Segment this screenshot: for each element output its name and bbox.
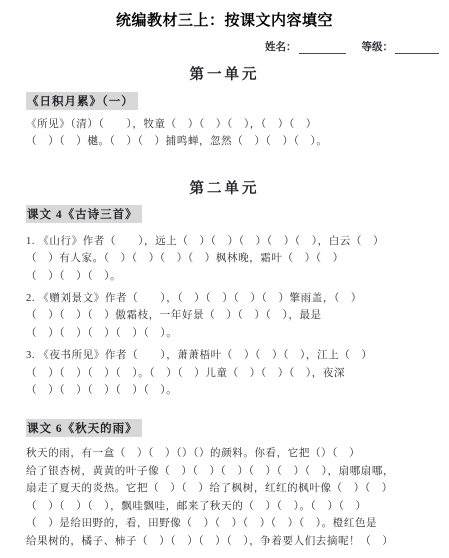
text-line: （ ）（ ）（ ）（ ）（ ）。 [26,382,437,399]
poem-item-yeshusuojian: 3. 《夜书所见》作者（ ），萧萧梧叶（ ）（ ）（ ），江上（ ） （ ）（ … [26,347,437,399]
name-label: 姓名： [265,39,297,54]
text-line: 给果树的，橘子、柿子（ ）（ ）（ ）（ ），争着要人们去摘呢！（ ） [26,533,437,550]
worksheet-page: 统编教材三上：按课文内容填空 姓名： 等级： 第一单元 《日积月累》（一） 《所… [0,0,449,558]
page-title: 统编教材三上：按课文内容填空 [0,0,449,30]
unit2-heading: 第二单元 [0,177,449,198]
name-blank-line [299,43,346,54]
text-line: 秋天的雨，有一盒（ ）（ ）（）（）的颜料。你看，它把（）（ ） [26,445,437,462]
unit1-heading: 第一单元 [0,63,449,84]
text-line: （ ）（ ）（ ）（ ）。（ ）（ ）儿童（ ）（ ）（ ），夜深 [26,365,437,382]
text-line: （ ）有人家。（ ）（ ）（ ）（ ）枫林晚，霜叶（ ）（ ） [26,250,437,267]
grade-label: 等级： [362,39,394,54]
text-line: 扇走了夏天的炎热。它把（ ）（ ）给了枫树，红红的枫叶像（ ）（ ） [26,480,437,497]
lesson6-paragraph: 秋天的雨，有一盒（ ）（ ）（）（）的颜料。你看，它把（）（ ） 给了银杏树，黄… [26,445,437,549]
text-line: （ ）（ ）樾。（ ）（ ）捕鸣蝉，忽然（ ）（ ）（ ）。 [26,133,437,150]
text-line: 3. 《夜书所见》作者（ ），萧萧梧叶（ ）（ ）（ ），江上（ ） [26,347,437,364]
text-line: 1. 《山行》作者（ ），远上（ ）（ ）（ ）（ ）（ ），白云（ ） [26,233,437,250]
grade-blank-line [395,43,439,54]
riji-poem-suo-jian: 《所见》（清）（ ），牧童（ ）（ ）（ ），（ ）（ ） （ ）（ ）樾。（ … [26,116,437,151]
lesson6-header-row: 课文 6《秋天的雨》 [26,419,449,437]
riji-header-row: 《日积月累》（一） [26,92,449,110]
text-line: 给了银杏树，黄黄的叶子像（ ）（ ）（ ）（ ）（ ）（ ），扇哪扇哪， [26,463,437,480]
text-line: （ ）（ ）（ ），飘哇飘哇，邮来了秋天的（ ）（ ）。（ ）（ ） [26,498,437,515]
text-line: （ ）（ ）（ ）傲霜枝，一年好景（ ）（ ）（ ），最是 [26,307,437,324]
text-line: 《所见》（清）（ ），牧童（ ）（ ）（ ），（ ）（ ） [26,116,437,133]
text-line: （ ）（ ）（ ）（ ）（ ）。 [26,325,437,342]
lesson4-section-header: 课文 4《古诗三首》 [26,205,142,223]
riji-section-header: 《日积月累》（一） [26,92,138,110]
poem-item-shanxing: 1. 《山行》作者（ ），远上（ ）（ ）（ ）（ ）（ ），白云（ ） （ ）… [26,233,437,285]
text-line: 2. 《赠刘景文》作者（ ），（ ）（ ）（ ）（ ）擎雨盖，（ ） [26,290,437,307]
text-line: （ ）是给田野的，看，田野像（ ）（ ）（ ）（ ）（ ）。橙红色是 [26,515,437,532]
lesson6-section-header: 课文 6《秋天的雨》 [26,419,142,437]
text-line: （ ）（ ）（ ）。 [26,268,437,285]
poem-item-zengliujingwen: 2. 《赠刘景文》作者（ ），（ ）（ ）（ ）（ ）擎雨盖，（ ） （ ）（ … [26,290,437,342]
lesson4-header-row: 课文 4《古诗三首》 [26,205,449,223]
name-grade-row: 姓名： 等级： [0,39,449,54]
